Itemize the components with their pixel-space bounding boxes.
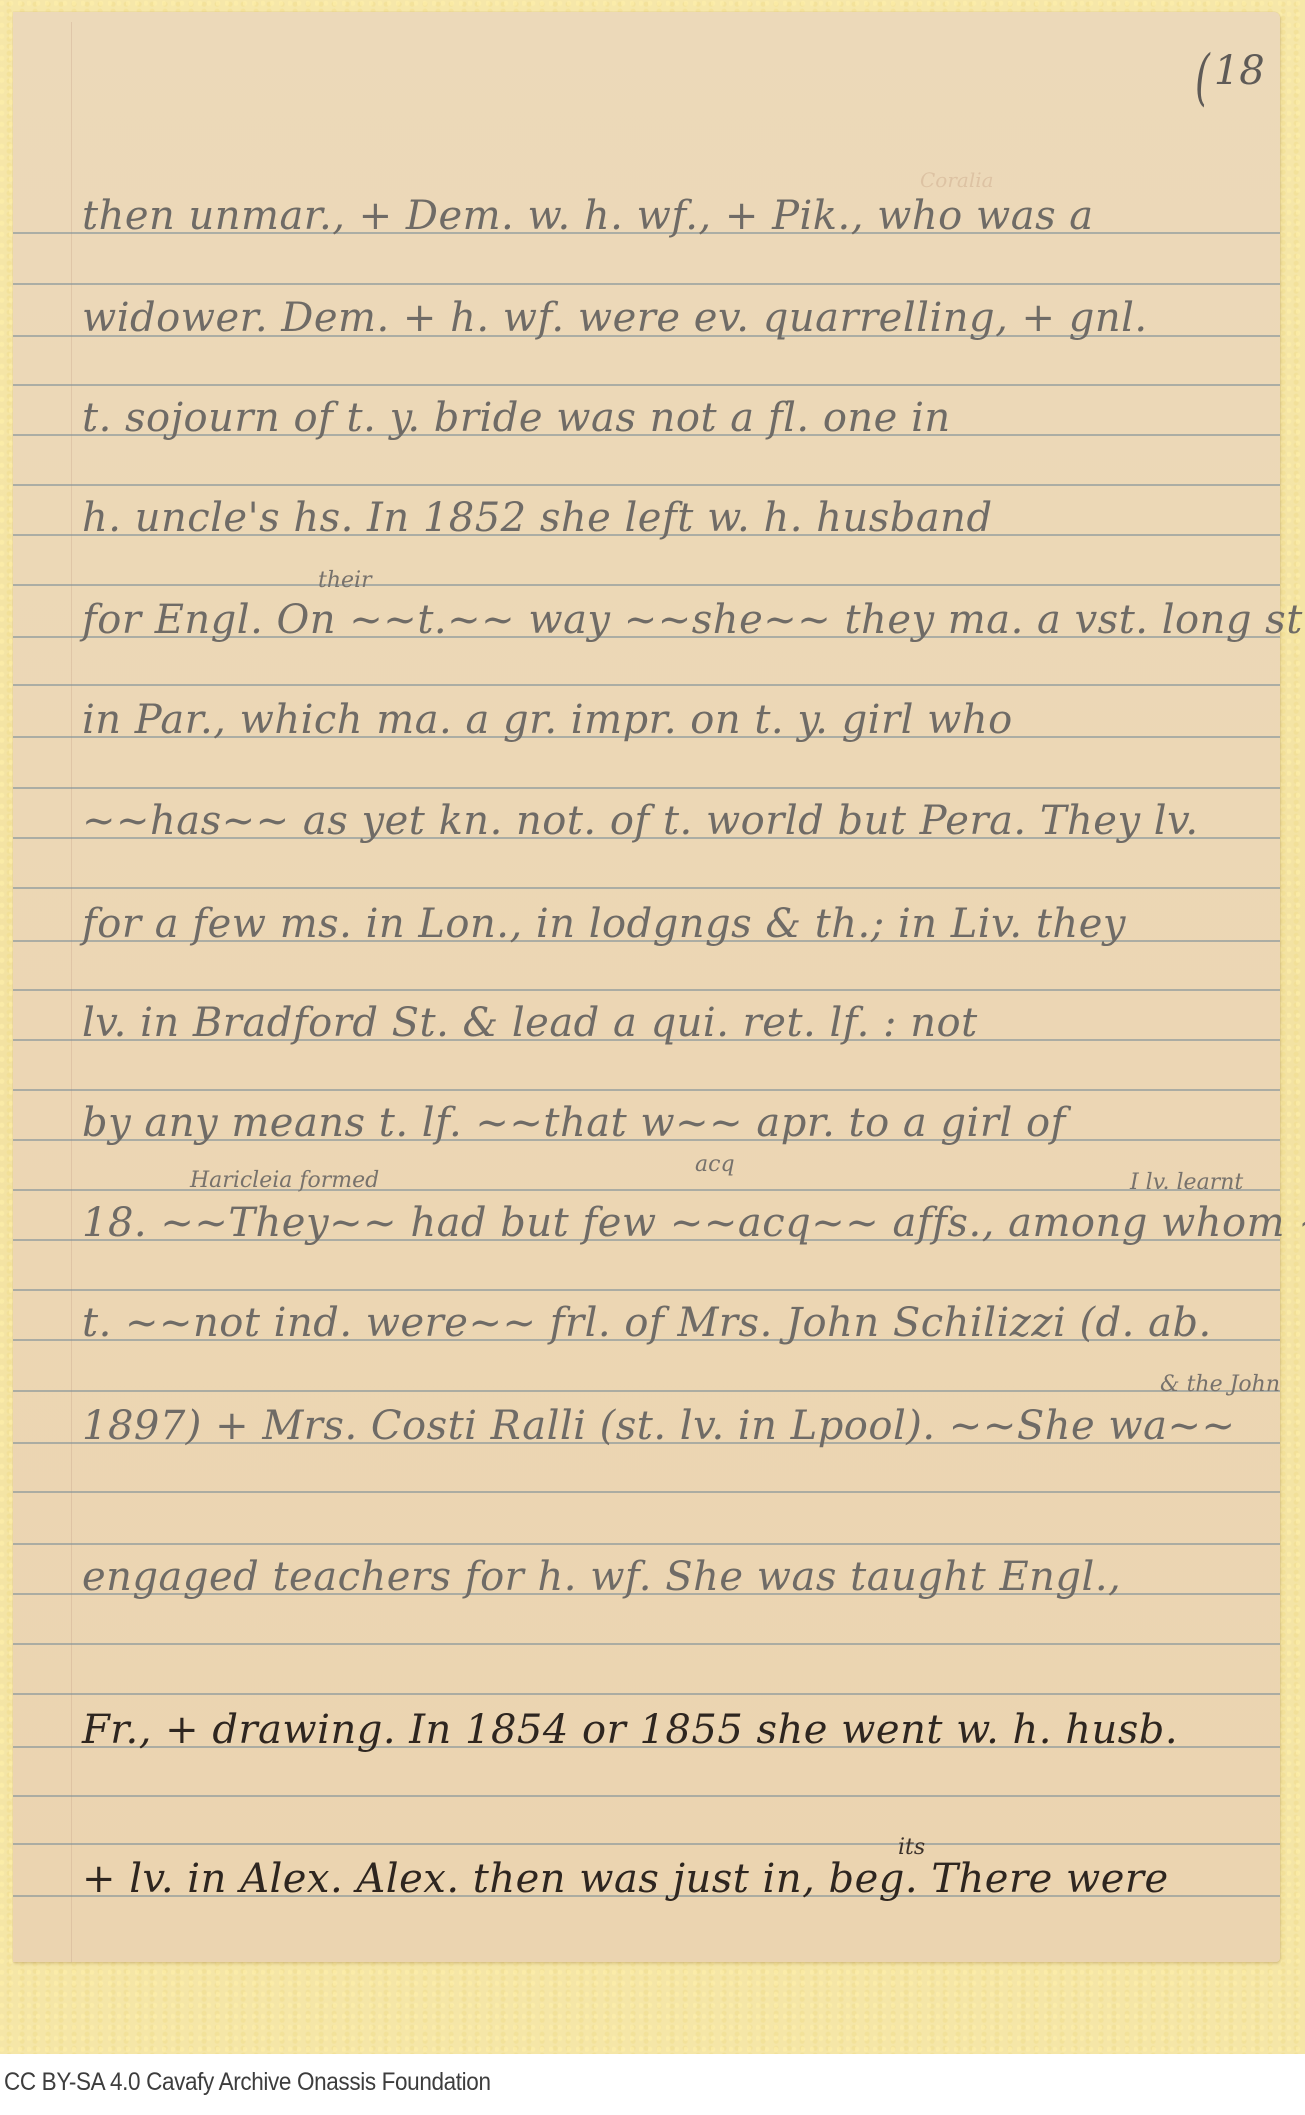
- interlinear-insertion: I lv. learnt: [1130, 1170, 1243, 1195]
- ruled-line: [13, 1491, 1280, 1493]
- manuscript-line-9: lv. in Bradford St. & lead a qui. ret. l…: [82, 1003, 978, 1043]
- manuscript-line-3: t. sojourn of t. y. bride was not a fl. …: [82, 398, 951, 438]
- manuscript-line-10: by any means t. lf. ~~that w~~ apr. to a…: [82, 1103, 1066, 1143]
- ruled-line: [13, 1843, 1280, 1845]
- manuscript-line-12: t. ~~not ind. were~~ frl. of Mrs. John S…: [82, 1303, 1212, 1343]
- ruled-line: [13, 787, 1280, 789]
- margin-line: [71, 22, 72, 1962]
- manuscript-line-14: engaged teachers for h. wf. She was taug…: [82, 1557, 1121, 1597]
- ruled-line: [13, 1543, 1280, 1545]
- manuscript-line-13: 1897) + Mrs. Costi Ralli (st. lv. in Lpo…: [82, 1406, 1236, 1446]
- manuscript-line-7: ~~has~~ as yet kn. not. of t. world but …: [82, 801, 1199, 841]
- ruled-line: [13, 887, 1280, 889]
- ruled-line: [13, 584, 1280, 586]
- ruled-line: [13, 989, 1280, 991]
- ruled-line: [13, 1089, 1280, 1091]
- ruled-line: [13, 684, 1280, 686]
- manuscript-line-15: Fr., + drawing. In 1854 or 1855 she went…: [82, 1710, 1178, 1750]
- bleed-through-text: Coralia: [920, 168, 994, 192]
- ruled-line: [13, 1693, 1280, 1695]
- interlinear-insertion: acq: [695, 1152, 735, 1177]
- interlinear-insertion: & the John: [1160, 1372, 1280, 1397]
- ruled-line: [13, 283, 1280, 285]
- interlinear-insertion: Haricleia formed: [190, 1168, 379, 1193]
- manuscript-line-8: for a few ms. in Lon., in lodgngs & th.;…: [82, 904, 1126, 944]
- license-caption: CC BY-SA 4.0 Cavafy Archive Onassis Foun…: [4, 2068, 491, 2097]
- ruled-line: [13, 1643, 1280, 1645]
- ruled-line: [13, 1289, 1280, 1291]
- manuscript-line-1: then unmar., + Dem. w. h. wf., + Pik., w…: [82, 196, 1094, 236]
- ruled-line: [13, 1390, 1280, 1392]
- manuscript-line-16: + lv. in Alex. Alex. then was just in, b…: [82, 1859, 1169, 1899]
- manuscript-line-6: in Par., which ma. a gr. impr. on t. y. …: [82, 700, 1013, 740]
- page-number-bracket: (: [1195, 42, 1210, 112]
- manuscript-line-11: 18. ~~They~~ had but few ~~acq~~ affs., …: [82, 1203, 1305, 1243]
- manuscript-line-2: widower. Dem. + h. wf. were ev. quarrell…: [82, 298, 1148, 338]
- interlinear-insertion: their: [318, 568, 372, 593]
- scan-background: (18 Coralia then unmar., + Dem. w. h. wf…: [0, 0, 1305, 2054]
- manuscript-line-5: for Engl. On ~~t.~~ way ~~she~~ they ma.…: [82, 600, 1305, 640]
- interlinear-insertion: its: [898, 1835, 925, 1860]
- manuscript-line-4: h. uncle's hs. In 1852 she left w. h. hu…: [82, 498, 993, 538]
- page-number-value: 18: [1214, 48, 1265, 94]
- ruled-line: [13, 484, 1280, 486]
- ruled-line: [13, 1795, 1280, 1797]
- ruled-line: [13, 384, 1280, 386]
- page-number: (18: [1195, 48, 1265, 94]
